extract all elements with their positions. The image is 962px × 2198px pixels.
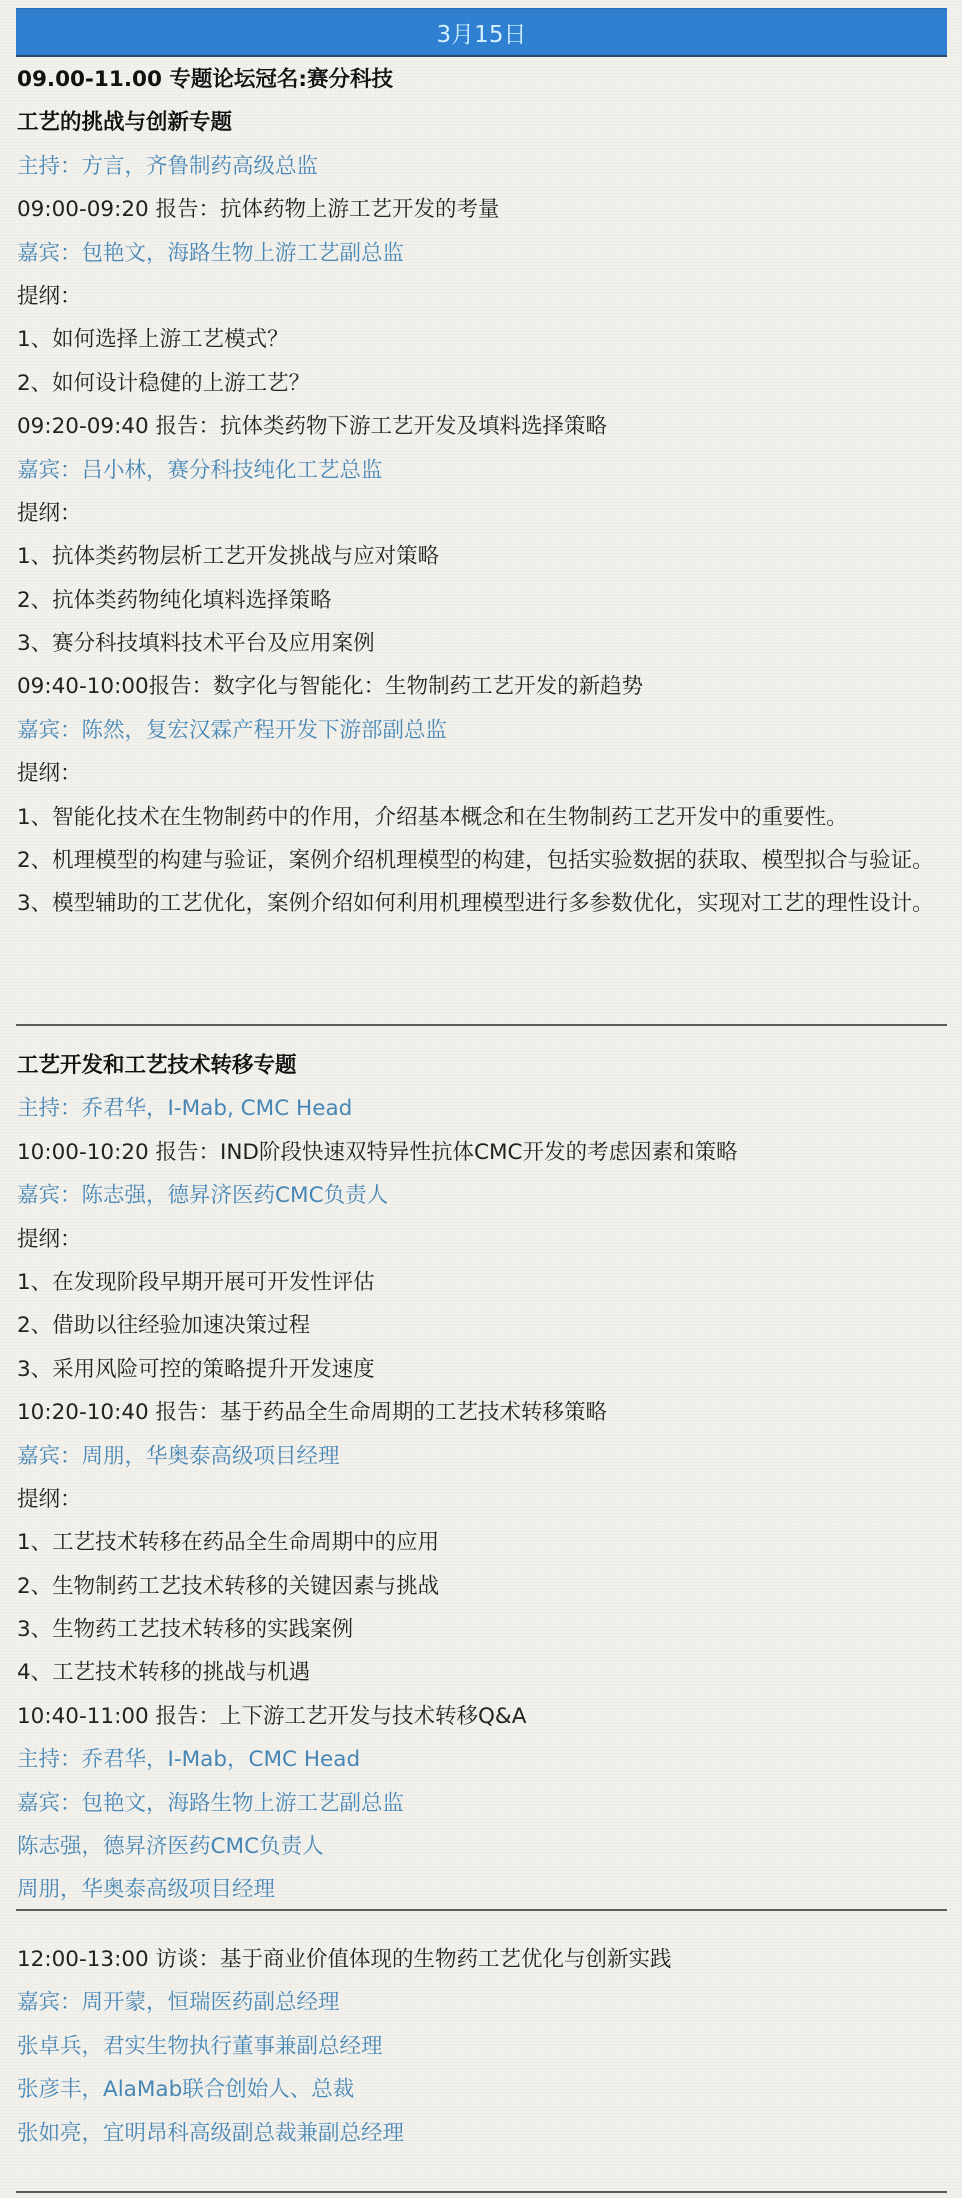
outline-item: 2、生物制药工艺技术转移的关键因素与挑战: [16, 1565, 947, 1608]
qa-guest: 嘉宾：包艳文，海路生物上游工艺副总监: [16, 1782, 947, 1825]
talk-item: 09:00-09:20 报告：抗体药物上游工艺开发的考量 嘉宾：包艳文，海路生物…: [16, 188, 947, 405]
section-tech-transfer: 工艺开发和工艺技术转移专题 主持：乔君华，I-Mab, CMC Head 10:…: [16, 1044, 947, 1912]
talk-guest: 嘉宾：包艳文，海路生物上游工艺副总监: [16, 232, 947, 275]
outline-item: 2、如何设计稳健的上游工艺？: [16, 362, 947, 405]
outline-label: 提纲：: [16, 1478, 947, 1521]
forum-title: 09.00-11.00 专题论坛冠名:赛分科技: [16, 58, 947, 101]
section-process-challenges: 09.00-11.00 专题论坛冠名:赛分科技 工艺的挑战与创新专题 主持：方言…: [16, 58, 947, 926]
qa-title: 10:40-11:00 报告：上下游工艺开发与技术转移Q&A: [16, 1695, 947, 1738]
outline-item: 3、模型辅助的工艺优化，案例介绍如何利用机理模型进行多参数优化，实现对工艺的理性…: [16, 882, 947, 925]
talk-item: 09:20-09:40 报告：抗体类药物下游工艺开发及填料选择策略 嘉宾：吕小林…: [16, 405, 947, 665]
section-interview: 12:00-13:00 访谈：基于商业价值体现的生物药工艺优化与创新实践 嘉宾：…: [16, 1938, 947, 2155]
outline-label: 提纲：: [16, 1218, 947, 1261]
outline-item: 1、工艺技术转移在药品全生命周期中的应用: [16, 1521, 947, 1564]
talk-guest: 嘉宾：陈志强，德昇济医药CMC负责人: [16, 1174, 947, 1217]
talk-title: 09:00-09:20 报告：抗体药物上游工艺开发的考量: [16, 188, 947, 231]
outline-item: 1、抗体类药物层析工艺开发挑战与应对策略: [16, 535, 947, 578]
outline-item: 3、赛分科技填料技术平台及应用案例: [16, 622, 947, 665]
outline-item: 4、工艺技术转移的挑战与机遇: [16, 1651, 947, 1694]
interview-title: 12:00-13:00 访谈：基于商业价值体现的生物药工艺优化与创新实践: [16, 1938, 947, 1981]
talk-item: 10:00-10:20 报告：IND阶段快速双特异性抗体CMC开发的考虑因素和策…: [16, 1131, 947, 1391]
talk-title: 10:00-10:20 报告：IND阶段快速双特异性抗体CMC开发的考虑因素和策…: [16, 1131, 947, 1174]
section-divider: [16, 1909, 947, 1911]
section-divider: [16, 1024, 947, 1026]
interview-guest: 嘉宾：周开蒙，恒瑞医药副总经理: [16, 1981, 947, 2024]
outline-label: 提纲：: [16, 275, 947, 318]
section-divider: [16, 2191, 947, 2193]
outline-item: 3、采用风险可控的策略提升开发速度: [16, 1348, 947, 1391]
date-banner-label: 3月15日: [437, 16, 527, 49]
outline-item: 1、如何选择上游工艺模式？: [16, 318, 947, 361]
talk-item: 10:20-10:40 报告：基于药品全生命周期的工艺技术转移策略 嘉宾：周朋，…: [16, 1391, 947, 1695]
interview-guest: 张如亮，宜明昂科高级副总裁兼副总经理: [16, 2112, 947, 2155]
outline-item: 2、机理模型的构建与验证，案例介绍机理模型的构建，包括实验数据的获取、模型拟合与…: [16, 839, 947, 882]
talk-title: 09:20-09:40 报告：抗体类药物下游工艺开发及填料选择策略: [16, 405, 947, 448]
outline-item: 2、抗体类药物纯化填料选择策略: [16, 579, 947, 622]
topic-title: 工艺的挑战与创新专题: [16, 101, 947, 144]
topic-title: 工艺开发和工艺技术转移专题: [16, 1044, 947, 1087]
talk-guest: 嘉宾：陈然，复宏汉霖产程开发下游部副总监: [16, 709, 947, 752]
outline-item: 1、智能化技术在生物制药中的作用，介绍基本概念和在生物制药工艺开发中的重要性。: [16, 796, 947, 839]
qa-guest: 周朋，华奥泰高级项目经理: [16, 1868, 947, 1911]
qa-host: 主持：乔君华，I-Mab，CMC Head: [16, 1738, 947, 1781]
talk-guest: 嘉宾：吕小林，赛分科技纯化工艺总监: [16, 449, 947, 492]
talk-title: 09:40-10:00报告：数字化与智能化：生物制药工艺开发的新趋势: [16, 665, 947, 708]
qa-guest: 陈志强，德昇济医药CMC负责人: [16, 1825, 947, 1868]
host-line: 主持：乔君华，I-Mab, CMC Head: [16, 1087, 947, 1130]
outline-item: 2、借助以往经验加速决策过程: [16, 1304, 947, 1347]
interview-guest: 张卓兵，君实生物执行董事兼副总经理: [16, 2025, 947, 2068]
qa-item: 10:40-11:00 报告：上下游工艺开发与技术转移Q&A 主持：乔君华，I-…: [16, 1695, 947, 1912]
outline-item: 3、生物药工艺技术转移的实践案例: [16, 1608, 947, 1651]
date-banner: 3月15日: [16, 8, 947, 57]
outline-label: 提纲：: [16, 492, 947, 535]
talk-guest: 嘉宾：周朋，华奥泰高级项目经理: [16, 1435, 947, 1478]
talk-title: 10:20-10:40 报告：基于药品全生命周期的工艺技术转移策略: [16, 1391, 947, 1434]
outline-item: 1、在发现阶段早期开展可开发性评估: [16, 1261, 947, 1304]
outline-label: 提纲：: [16, 752, 947, 795]
host-line: 主持：方言，齐鲁制药高级总监: [16, 145, 947, 188]
talk-item: 09:40-10:00报告：数字化与智能化：生物制药工艺开发的新趋势 嘉宾：陈然…: [16, 665, 947, 925]
interview-guest: 张彦丰，AlaMab联合创始人、总裁: [16, 2068, 947, 2111]
